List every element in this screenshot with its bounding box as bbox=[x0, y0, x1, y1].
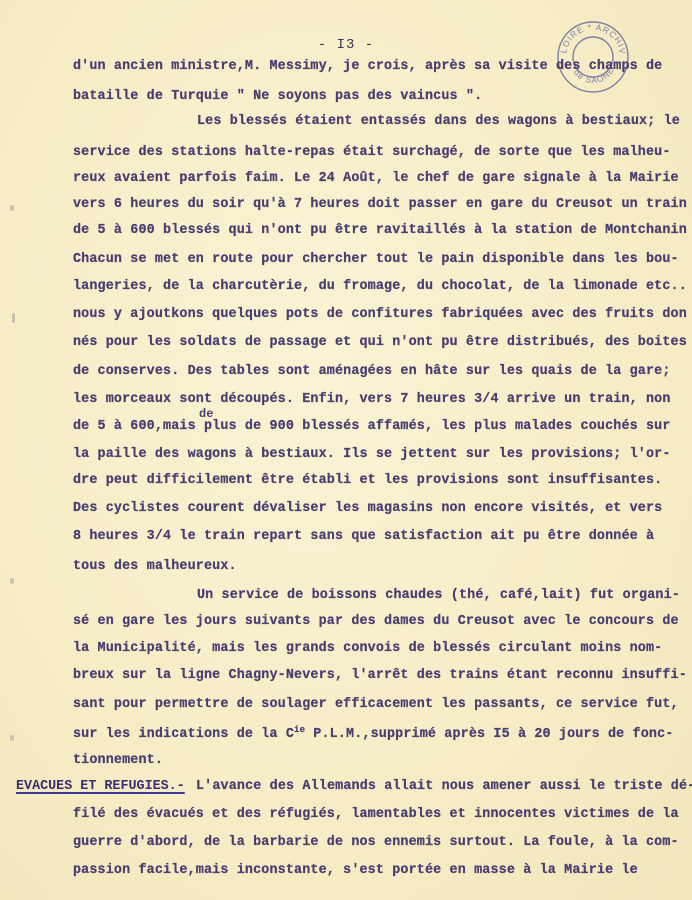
text-line: tionnement. bbox=[73, 753, 163, 768]
text-line: Des cyclistes courent dévaliser les maga… bbox=[73, 501, 662, 516]
text-line: reux avaient parfois faim. Le 24 Août, l… bbox=[73, 171, 679, 186]
superscript: ie bbox=[294, 725, 305, 735]
punch-hole-mark bbox=[10, 735, 14, 741]
text-line: la paille des wagons à bestiaux. Ils se … bbox=[73, 447, 671, 462]
stamp-text-top: LOIRE * ARCHIVES bbox=[556, 20, 628, 56]
text-line: filé des évacués et des réfugiés, lament… bbox=[73, 807, 679, 822]
text-line: de conserves. Des tables sont aménagées … bbox=[73, 364, 671, 379]
punch-hole-mark bbox=[12, 313, 15, 323]
text-fragment: sur les indications de la C bbox=[73, 727, 294, 742]
text-line: Les blessés étaient entassés dans des wa… bbox=[197, 114, 680, 129]
text-line: bataille de Turquie " Ne soyons pas des … bbox=[73, 89, 482, 104]
text-line: guerre d'abord, de la barbarie de nos en… bbox=[73, 835, 679, 850]
text-line: les morceaux sont découpés. Enfin, vers … bbox=[73, 392, 671, 407]
text-line: nés pour les soldats de passage et qui n… bbox=[73, 335, 687, 350]
text-line: breux sur la ligne Chagny-Nevers, l'arrê… bbox=[73, 668, 687, 683]
text-line: Un service de boissons chaudes (thé, caf… bbox=[197, 588, 680, 603]
text-line: nous y ajoutkons quelques pots de confit… bbox=[73, 307, 687, 322]
text-line: dre peut difficilement être établi et le… bbox=[73, 473, 662, 488]
text-line: service des stations halte-repas était s… bbox=[73, 145, 671, 160]
text-line: de 5 à 600,mais plus de 900 blessés affa… bbox=[73, 419, 671, 434]
text-line: de 5 à 600 blessés qui n'ont pu être rav… bbox=[73, 223, 687, 238]
text-line: d'un ancien ministre,M. Messimy, je croi… bbox=[73, 59, 662, 74]
svg-text:LOIRE * ARCHIVES: LOIRE * ARCHIVES bbox=[556, 20, 628, 56]
document-page: - I3 - LOIRE * ARCHIVES de SAONE d'un an… bbox=[0, 0, 692, 900]
text-line: passion facile,mais inconstante, s'est p… bbox=[73, 863, 638, 878]
text-fragment: P.L.M.,supprimé après I5 à 20 jours de f… bbox=[305, 727, 673, 742]
punch-hole-mark bbox=[10, 205, 14, 211]
text-line: langeries, de la charcutèrie, du fromage… bbox=[73, 279, 687, 294]
text-line-with-superscript: sur les indications de la Cie P.L.M.,sup… bbox=[73, 725, 673, 742]
text-line: Chacun se met en route pour chercher tou… bbox=[73, 252, 679, 267]
text-line: sé en gare les jours suivants par des da… bbox=[73, 614, 679, 629]
punch-hole-mark bbox=[10, 578, 14, 584]
section-heading: EVACUES ET REFUGIES.- bbox=[16, 779, 185, 794]
text-line: sant pour permettre de soulager efficace… bbox=[73, 697, 679, 712]
text-line: 8 heures 3/4 le train repart sans que sa… bbox=[73, 529, 654, 544]
archives-stamp-icon: LOIRE * ARCHIVES de SAONE bbox=[556, 20, 630, 94]
text-line: L'avance des Allemands allait nous amene… bbox=[196, 779, 692, 794]
text-line: la Municipalité, mais les grands convois… bbox=[73, 641, 662, 656]
text-line: vers 6 heures du soir qu'à 7 heures doit… bbox=[73, 197, 687, 212]
text-line: tous des malheureux. bbox=[73, 559, 237, 574]
